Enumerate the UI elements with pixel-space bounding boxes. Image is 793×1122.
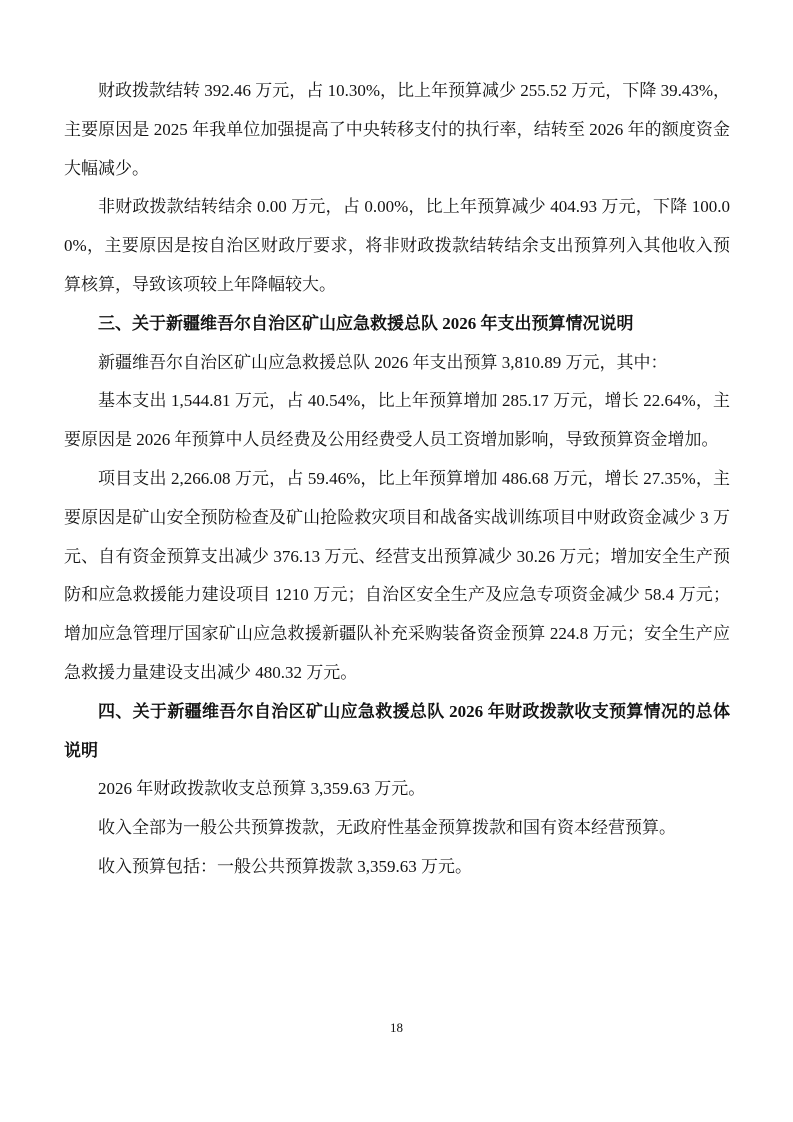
paragraph: 非财政拨款结转结余 0.00 万元，占 0.00%，比上年预算减少 404.93… (64, 188, 730, 304)
paragraph: 2026 年财政拨款收支总预算 3,359.63 万元。 (64, 770, 730, 809)
paragraph: 收入预算包括：一般公共预算拨款 3,359.63 万元。 (64, 848, 730, 887)
document-body: 财政拨款结转 392.46 万元，占 10.30%，比上年预算减少 255.52… (64, 72, 730, 887)
paragraph: 基本支出 1,544.81 万元，占 40.54%，比上年预算增加 285.17… (64, 382, 730, 460)
section-heading: 四、关于新疆维吾尔自治区矿山应急救援总队 2026 年财政拨款收支预算情况的总体… (64, 693, 730, 771)
section-heading: 三、关于新疆维吾尔自治区矿山应急救援总队 2026 年支出预算情况说明 (64, 305, 730, 344)
paragraph: 新疆维吾尔自治区矿山应急救援总队 2026 年支出预算 3,810.89 万元，… (64, 344, 730, 383)
paragraph: 财政拨款结转 392.46 万元，占 10.30%，比上年预算减少 255.52… (64, 72, 730, 188)
paragraph: 收入全部为一般公共预算拨款，无政府性基金预算拨款和国有资本经营预算。 (64, 809, 730, 848)
document-page: 财政拨款结转 392.46 万元，占 10.30%，比上年预算减少 255.52… (0, 0, 793, 1122)
paragraph: 项目支出 2,266.08 万元，占 59.46%，比上年预算增加 486.68… (64, 460, 730, 693)
page-number: 18 (0, 1020, 793, 1036)
